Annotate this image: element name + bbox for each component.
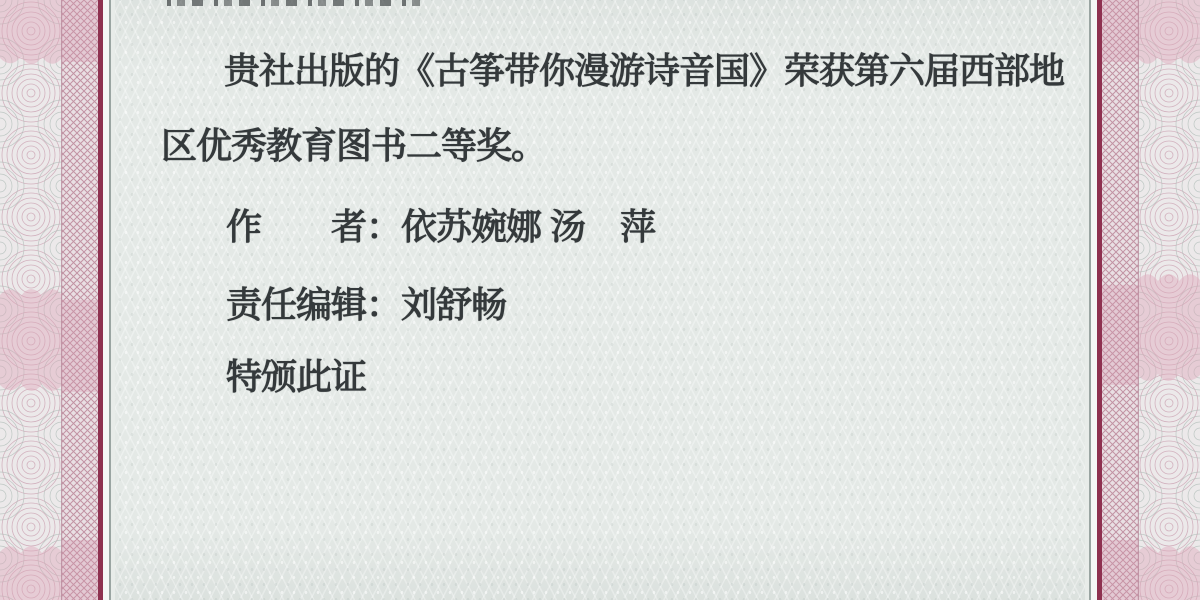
- certificate-editor-line: 责任编辑：刘舒畅: [226, 284, 506, 325]
- certificate-author-line: 作 者：依苏婉娜 汤 萍: [226, 206, 655, 247]
- certificate-page: 贵社出版的《古筝带你漫游诗音国》荣获第六届西部地 区优秀教育图书二等奖。 作 者…: [0, 0, 1200, 600]
- certificate-closing-line: 特颁此证: [226, 356, 366, 397]
- certificate-body-line-2: 区优秀教育图书二等奖。: [161, 125, 546, 166]
- left-guilloche-border: [0, 0, 115, 600]
- certificate-body-line-1: 贵社出版的《古筝带你漫游诗音国》荣获第六届西部地: [224, 50, 1064, 91]
- right-guilloche-border: [1085, 0, 1200, 600]
- clipped-text-fragments: [167, 0, 425, 6]
